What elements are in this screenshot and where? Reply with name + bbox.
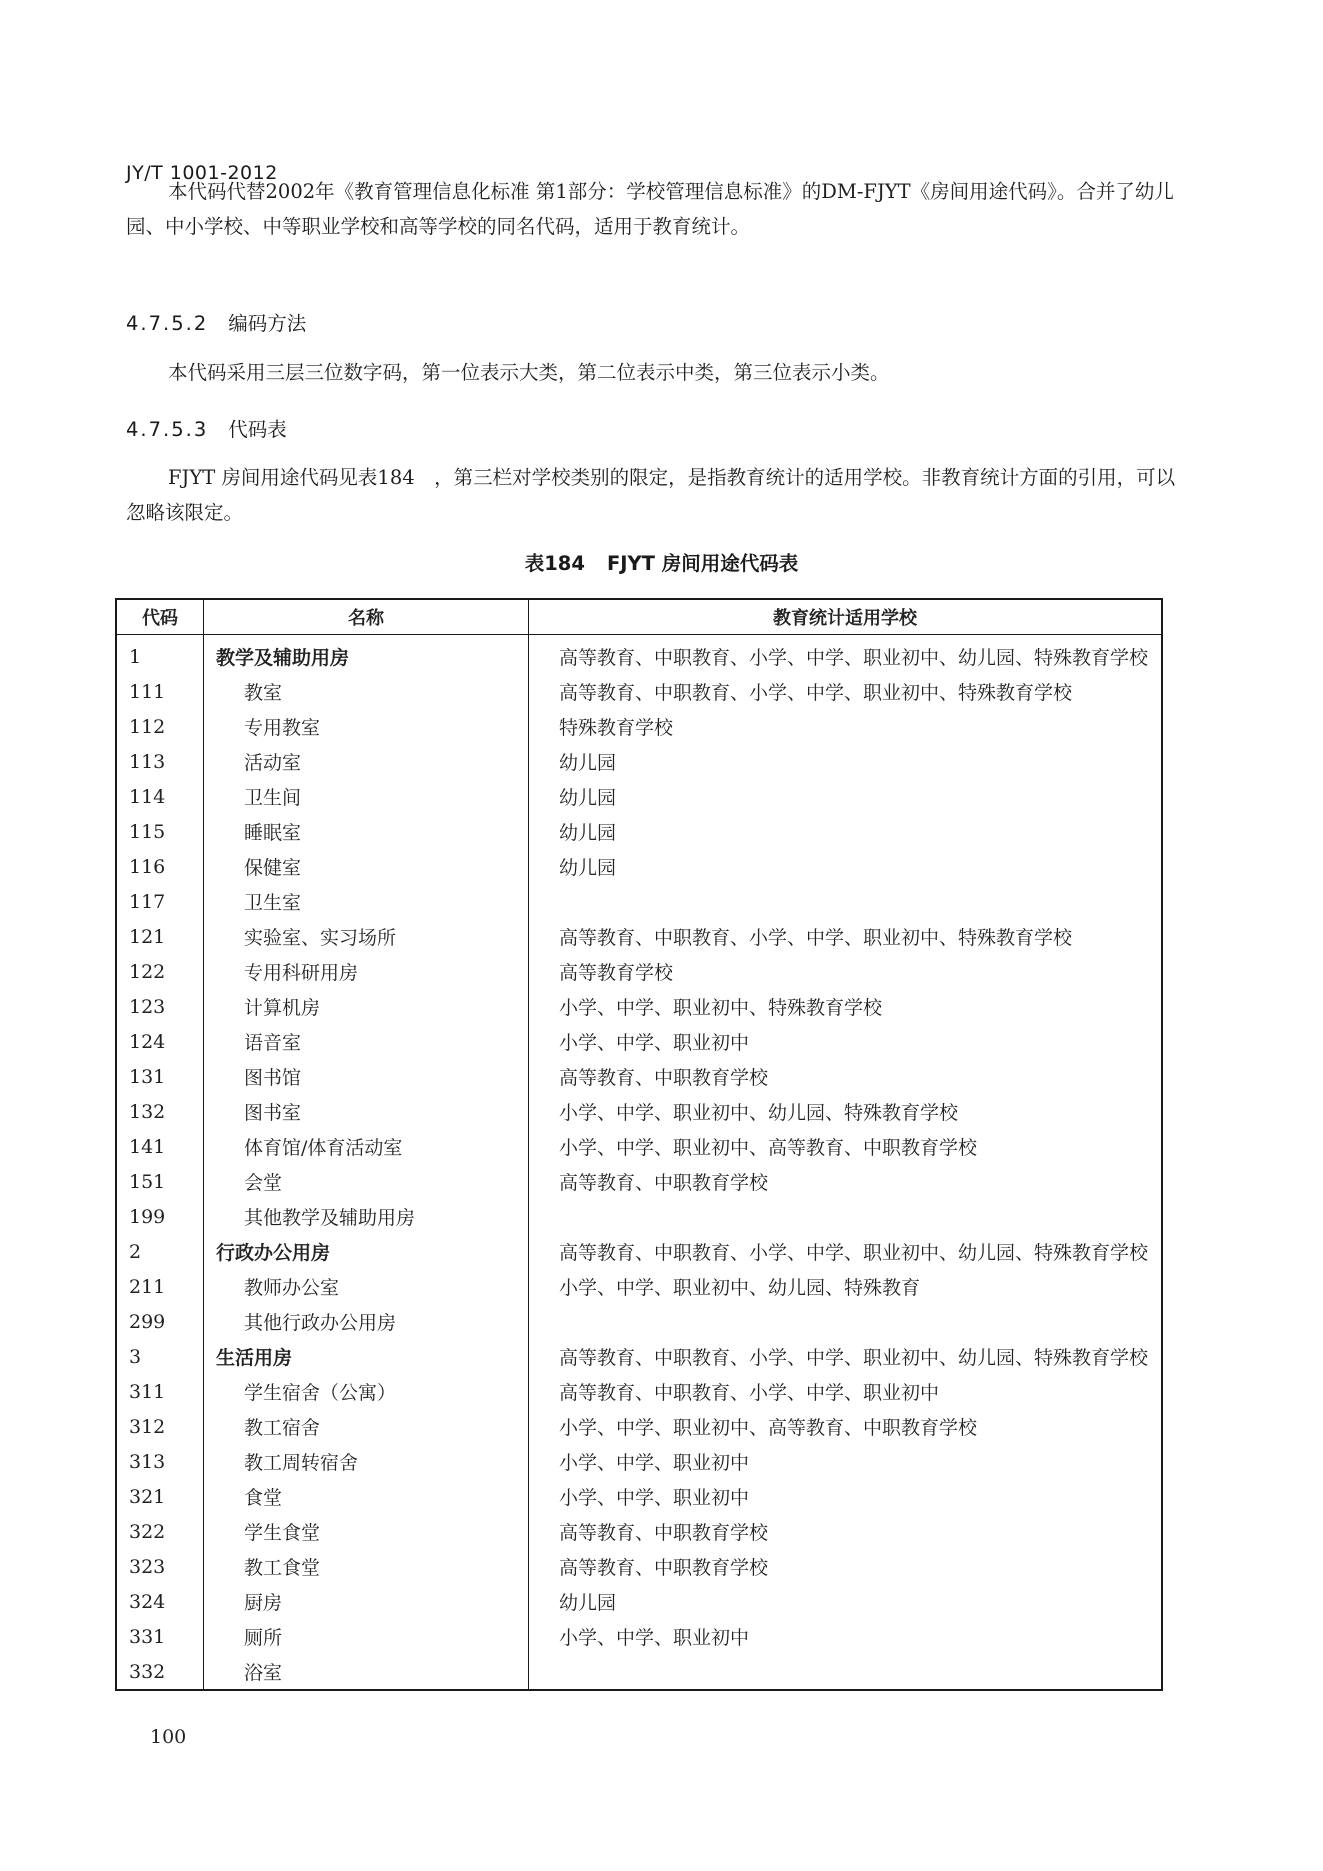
cell-code: 115 — [116, 814, 204, 849]
cell-name: 厨房 — [204, 1584, 529, 1619]
cell-schools: 高等教育、中职教育、小学、中学、职业初中、幼儿园、特殊教育学校 — [529, 635, 1163, 675]
table-row: 124语音室小学、中学、职业初中 — [116, 1024, 1162, 1059]
section-body-encoding-method: 本代码采用三层三位数字码，第一位表示大类，第二位表示中类，第三位表示小类。 — [126, 355, 1176, 390]
table-row-major-category: 3生活用房高等教育、中职教育、小学、中学、职业初中、幼儿园、特殊教育学校 — [116, 1339, 1162, 1374]
cell-code: 116 — [116, 849, 204, 884]
cell-code: 312 — [116, 1409, 204, 1444]
cell-schools — [529, 1199, 1163, 1234]
table-row: 313教工周转宿舍小学、中学、职业初中 — [116, 1444, 1162, 1479]
cell-code: 123 — [116, 989, 204, 1024]
table-row: 141体育馆/体育活动室小学、中学、职业初中、高等教育、中职教育学校 — [116, 1129, 1162, 1164]
cell-code: 114 — [116, 779, 204, 814]
table-row: 332浴室 — [116, 1654, 1162, 1690]
cell-name: 专用教室 — [204, 709, 529, 744]
table-row: 322学生食堂高等教育、中职教育学校 — [116, 1514, 1162, 1549]
table-caption: 表184FJYT 房间用途代码表 — [0, 548, 1323, 576]
cell-code: 132 — [116, 1094, 204, 1129]
cell-name: 图书馆 — [204, 1059, 529, 1094]
cell-schools: 幼儿园 — [529, 1584, 1163, 1619]
cell-schools: 高等教育学校 — [529, 954, 1163, 989]
cell-name: 专用科研用房 — [204, 954, 529, 989]
cell-name: 卫生间 — [204, 779, 529, 814]
cell-schools: 小学、中学、职业初中 — [529, 1444, 1163, 1479]
table-row: 114卫生间幼儿园 — [116, 779, 1162, 814]
cell-name: 生活用房 — [204, 1339, 529, 1374]
cell-code: 121 — [116, 919, 204, 954]
column-header-code: 代码 — [116, 599, 204, 635]
cell-code: 131 — [116, 1059, 204, 1094]
cell-name: 计算机房 — [204, 989, 529, 1024]
cell-schools: 幼儿园 — [529, 849, 1163, 884]
table-row-major-category: 1教学及辅助用房高等教育、中职教育、小学、中学、职业初中、幼儿园、特殊教育学校 — [116, 635, 1162, 675]
table-row: 211教师办公室小学、中学、职业初中、幼儿园、特殊教育 — [116, 1269, 1162, 1304]
cell-schools: 小学、中学、职业初中 — [529, 1619, 1163, 1654]
section-number: 4.7.5.2 — [126, 312, 208, 335]
cell-name: 浴室 — [204, 1654, 529, 1690]
cell-schools: 幼儿园 — [529, 814, 1163, 849]
cell-code: 323 — [116, 1549, 204, 1584]
cell-code: 324 — [116, 1584, 204, 1619]
room-usage-code-table: 代码 名称 教育统计适用学校 1教学及辅助用房高等教育、中职教育、小学、中学、职… — [115, 598, 1163, 1691]
table-row: 132图书室小学、中学、职业初中、幼儿园、特殊教育学校 — [116, 1094, 1162, 1129]
cell-code: 321 — [116, 1479, 204, 1514]
table-row: 312教工宿舍小学、中学、职业初中、高等教育、中职教育学校 — [116, 1409, 1162, 1444]
table-row: 151会堂高等教育、中职教育学校 — [116, 1164, 1162, 1199]
cell-name: 体育馆/体育活动室 — [204, 1129, 529, 1164]
cell-name: 其他教学及辅助用房 — [204, 1199, 529, 1234]
cell-code: 117 — [116, 884, 204, 919]
cell-schools: 高等教育、中职教育学校 — [529, 1164, 1163, 1199]
cell-code: 199 — [116, 1199, 204, 1234]
cell-code: 151 — [116, 1164, 204, 1199]
cell-schools: 小学、中学、职业初中、特殊教育学校 — [529, 989, 1163, 1024]
cell-code: 112 — [116, 709, 204, 744]
table-row: 324厨房幼儿园 — [116, 1584, 1162, 1619]
cell-name: 食堂 — [204, 1479, 529, 1514]
cell-schools: 特殊教育学校 — [529, 709, 1163, 744]
cell-name: 学生宿舍（公寓） — [204, 1374, 529, 1409]
table-row: 113活动室幼儿园 — [116, 744, 1162, 779]
cell-schools — [529, 1304, 1163, 1339]
table-row: 122专用科研用房高等教育学校 — [116, 954, 1162, 989]
cell-schools: 幼儿园 — [529, 779, 1163, 814]
section-title: 编码方法 — [228, 312, 306, 335]
column-header-name: 名称 — [204, 599, 529, 635]
cell-schools: 小学、中学、职业初中、幼儿园、特殊教育学校 — [529, 1094, 1163, 1129]
section-heading-code-table: 4.7.5.3代码表 — [126, 414, 287, 442]
cell-schools: 小学、中学、职业初中 — [529, 1024, 1163, 1059]
cell-schools: 幼儿园 — [529, 744, 1163, 779]
cell-name: 教工周转宿舍 — [204, 1444, 529, 1479]
cell-schools: 小学、中学、职业初中 — [529, 1479, 1163, 1514]
table-row: 199其他教学及辅助用房 — [116, 1199, 1162, 1234]
cell-name: 保健室 — [204, 849, 529, 884]
table-body: 1教学及辅助用房高等教育、中职教育、小学、中学、职业初中、幼儿园、特殊教育学校1… — [116, 635, 1162, 1691]
intro-paragraph: 本代码代替2002年《教育管理信息化标准 第1部分：学校管理信息标准》的DM-F… — [126, 174, 1176, 244]
cell-code: 332 — [116, 1654, 204, 1690]
cell-name: 教师办公室 — [204, 1269, 529, 1304]
cell-name: 实验室、实习场所 — [204, 919, 529, 954]
cell-code: 311 — [116, 1374, 204, 1409]
cell-name: 活动室 — [204, 744, 529, 779]
table-row: 112专用教室特殊教育学校 — [116, 709, 1162, 744]
section-heading-encoding-method: 4.7.5.2编码方法 — [126, 308, 306, 336]
cell-code: 111 — [116, 674, 204, 709]
cell-schools: 高等教育、中职教育学校 — [529, 1059, 1163, 1094]
table-row: 115睡眠室幼儿园 — [116, 814, 1162, 849]
cell-name: 厕所 — [204, 1619, 529, 1654]
table-row: 299其他行政办公用房 — [116, 1304, 1162, 1339]
table-row: 116保健室幼儿园 — [116, 849, 1162, 884]
section-number: 4.7.5.3 — [126, 418, 208, 441]
cell-name: 卫生室 — [204, 884, 529, 919]
table-row-major-category: 2行政办公用房高等教育、中职教育、小学、中学、职业初中、幼儿园、特殊教育学校 — [116, 1234, 1162, 1269]
column-header-schools: 教育统计适用学校 — [529, 599, 1163, 635]
cell-name: 教室 — [204, 674, 529, 709]
table-row: 111教室高等教育、中职教育、小学、中学、职业初中、特殊教育学校 — [116, 674, 1162, 709]
cell-code: 122 — [116, 954, 204, 989]
cell-code: 113 — [116, 744, 204, 779]
table-caption-number: 表184 — [525, 552, 585, 575]
cell-name: 语音室 — [204, 1024, 529, 1059]
cell-code: 299 — [116, 1304, 204, 1339]
table-header-row: 代码 名称 教育统计适用学校 — [116, 599, 1162, 635]
cell-code: 331 — [116, 1619, 204, 1654]
cell-name: 教工宿舍 — [204, 1409, 529, 1444]
table-row: 117卫生室 — [116, 884, 1162, 919]
cell-code: 124 — [116, 1024, 204, 1059]
page-number: 100 — [150, 1726, 186, 1748]
cell-schools: 小学、中学、职业初中、高等教育、中职教育学校 — [529, 1409, 1163, 1444]
cell-schools — [529, 1654, 1163, 1690]
table-row: 123计算机房小学、中学、职业初中、特殊教育学校 — [116, 989, 1162, 1024]
cell-code: 1 — [116, 635, 204, 675]
cell-code: 2 — [116, 1234, 204, 1269]
table-caption-title: FJYT 房间用途代码表 — [607, 552, 798, 575]
cell-schools: 高等教育、中职教育学校 — [529, 1549, 1163, 1584]
cell-name: 学生食堂 — [204, 1514, 529, 1549]
cell-name: 图书室 — [204, 1094, 529, 1129]
table-row: 323教工食堂高等教育、中职教育学校 — [116, 1549, 1162, 1584]
cell-schools: 高等教育、中职教育、小学、中学、职业初中 — [529, 1374, 1163, 1409]
section-title: 代码表 — [228, 418, 287, 441]
cell-code: 322 — [116, 1514, 204, 1549]
cell-schools: 小学、中学、职业初中、高等教育、中职教育学校 — [529, 1129, 1163, 1164]
cell-code: 3 — [116, 1339, 204, 1374]
cell-name: 教学及辅助用房 — [204, 635, 529, 675]
cell-schools — [529, 884, 1163, 919]
cell-code: 211 — [116, 1269, 204, 1304]
cell-schools: 高等教育、中职教育、小学、中学、职业初中、特殊教育学校 — [529, 919, 1163, 954]
table-row: 131图书馆高等教育、中职教育学校 — [116, 1059, 1162, 1094]
cell-code: 313 — [116, 1444, 204, 1479]
section-body-code-table: FJYT 房间用途代码见表184 ，第三栏对学校类别的限定，是指教育统计的适用学… — [126, 460, 1176, 530]
cell-schools: 高等教育、中职教育、小学、中学、职业初中、幼儿园、特殊教育学校 — [529, 1339, 1163, 1374]
cell-name: 睡眠室 — [204, 814, 529, 849]
cell-schools: 小学、中学、职业初中、幼儿园、特殊教育 — [529, 1269, 1163, 1304]
cell-schools: 高等教育、中职教育、小学、中学、职业初中、幼儿园、特殊教育学校 — [529, 1234, 1163, 1269]
table-row: 311学生宿舍（公寓）高等教育、中职教育、小学、中学、职业初中 — [116, 1374, 1162, 1409]
table-row: 331厕所小学、中学、职业初中 — [116, 1619, 1162, 1654]
table-row: 121实验室、实习场所高等教育、中职教育、小学、中学、职业初中、特殊教育学校 — [116, 919, 1162, 954]
cell-name: 行政办公用房 — [204, 1234, 529, 1269]
cell-name: 会堂 — [204, 1164, 529, 1199]
table-row: 321食堂小学、中学、职业初中 — [116, 1479, 1162, 1514]
cell-name: 其他行政办公用房 — [204, 1304, 529, 1339]
cell-code: 141 — [116, 1129, 204, 1164]
cell-name: 教工食堂 — [204, 1549, 529, 1584]
cell-schools: 高等教育、中职教育学校 — [529, 1514, 1163, 1549]
cell-schools: 高等教育、中职教育、小学、中学、职业初中、特殊教育学校 — [529, 674, 1163, 709]
